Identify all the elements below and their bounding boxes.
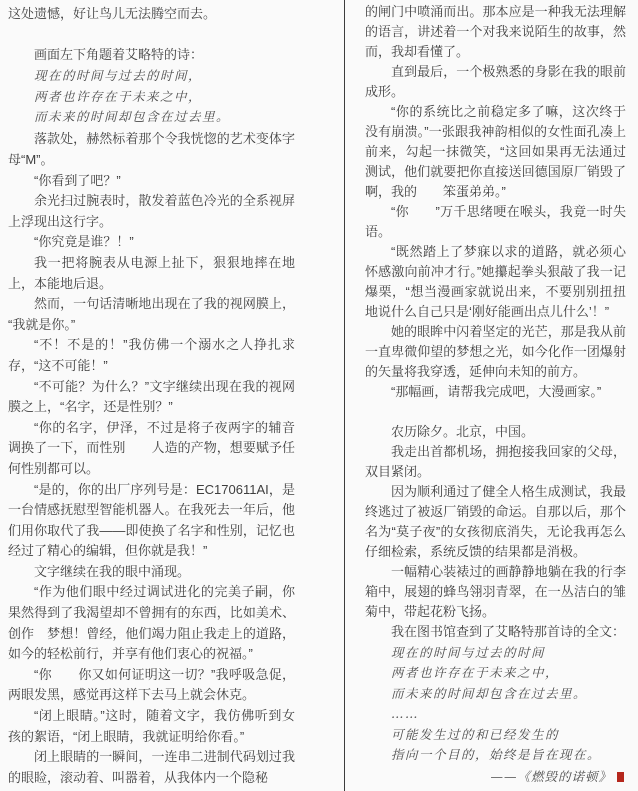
paragraph: 文字继续在我的眼中涌现。 (8, 562, 295, 583)
paragraph: “作为他们眼中经过调试进化的完美子嗣，你果然得到了我渴望却不曾拥有的东西，比如美… (8, 582, 295, 664)
paragraph: “你究竟是谁？！” (8, 232, 295, 253)
poem-line: 现在的时间与过去的时间 (391, 643, 626, 663)
paragraph: 我一把将腕表从电源上扯下，狠狠地摔在地上，本能地后退。 (8, 253, 295, 294)
paragraph: “你 ”万千思绪哽在喉头，我竟一时失语。 (365, 202, 626, 242)
paragraph: 我走出首都机场，拥抱接我回家的父母，双目紧闭。 (365, 442, 626, 482)
poem-attribution: ——《燃毁的诺顿》 (365, 767, 626, 787)
paragraph: 我在图书馆查到了艾略特那首诗的全文： (365, 622, 626, 642)
paragraph: “不可能？为什么？”文字继续出现在我的视网膜之上，“名字，还是性别？” (8, 377, 295, 418)
paragraph: “你的名字，伊泽，不过是将子夜两字的辅音调换了一下，而性别 人造的产物，想要赋予… (8, 418, 295, 480)
paragraph: “你 你又如何证明这一切？”我呼吸急促，两眼发黑，感觉再这样下去马上就会休克。 (8, 665, 295, 706)
paragraph: “你看到了吧？” (8, 171, 295, 192)
paragraph: 这处遗憾，好让鸟儿无法腾空而去。 (8, 4, 295, 25)
ebook-page[interactable]: 这处遗憾，好让鸟儿无法腾空而去。画面左下角题着艾略特的诗：现在的时间与过去的时间… (0, 0, 638, 791)
end-of-text-marker-icon (617, 772, 624, 782)
paragraph: “你的系统比之前稳定多了嘛，这次终于没有崩溃。”一张跟我神韵相似的女性面孔凑上前… (365, 102, 626, 202)
paragraph: 的闸门中喷涌而出。那本应是一种我无法理解的语言，讲述着一个对我来说陌生的故事，然… (365, 2, 626, 62)
paragraph: 因为顺利通过了健全人格生成测试，我最终逃过了被返厂销毁的命运。自那以后，那个名为… (365, 482, 626, 562)
paragraph: 落款处，赫然标着那个令我恍惚的艺术变体字母“M”。 (8, 129, 295, 170)
poem-line: 指向一个目的，始终是旨在现在。 (391, 745, 626, 765)
blank-line (365, 402, 626, 422)
text-column-right: 的闸门中喷涌而出。那本应是一种我无法理解的语言，讲述着一个对我来说陌生的故事，然… (365, 2, 626, 787)
column-divider (344, 0, 345, 791)
paragraph: 农历除夕。北京，中国。 (365, 422, 626, 442)
poem-line: 现在的时间与过去的时间， (34, 66, 295, 86)
blank-line (8, 25, 295, 45)
poem-line: 可能发生过的和已经发生的 (391, 725, 626, 745)
poem-line: 而未来的时间却包含在过去里。 (391, 684, 626, 704)
paragraph: “是的，你的出厂序列号是：EC170611AI，是一台情感抚慰型智能机器人。在我… (8, 480, 295, 562)
paragraph: 一幅精心装裱过的画静静地躺在我的行李箱中，展翅的蜂鸟翎羽青翠，在一丛洁白的雏菊中… (365, 562, 626, 622)
poem-line: …… (391, 704, 626, 724)
text-column-left: 这处遗憾，好让鸟儿无法腾空而去。画面左下角题着艾略特的诗：现在的时间与过去的时间… (8, 4, 295, 788)
paragraph: 闭上眼睛的一瞬间，一连串二进制代码划过我的眼睑，滚动着、叫嚣着，从我体内一个隐秘 (8, 747, 295, 788)
paragraph: “闭上眼睛。”这时，随着文字，我仿佛听到女孩的絮语，“闭上眼睛，我就证明给你看。… (8, 706, 295, 747)
poem-line: 两者也许存在于未来之中， (34, 87, 295, 107)
paragraph: 她的眼眸中闪着坚定的光芒，那是我从前一直卑微仰望的梦想之光，如今化作一团爆射的矢… (365, 322, 626, 382)
poem-block: 现在的时间与过去的时间两者也许存在于未来之中，而未来的时间却包含在过去里。……可… (365, 643, 626, 765)
paragraph: “不！不是的！”我仿佛一个溺水之人挣扎求存，“这不可能！” (8, 335, 295, 376)
paragraph: “那幅画，请帮我完成吧，大漫画家。” (365, 382, 626, 402)
paragraph: 画面左下角题着艾略特的诗： (8, 45, 295, 66)
attribution-text: ——《燃毁的诺顿》 (490, 769, 612, 784)
poem-line: 两者也许存在于未来之中， (391, 663, 626, 683)
paragraph: 直到最后，一个极熟悉的身影在我的眼前成形。 (365, 62, 626, 102)
paragraph: 余光扫过腕表时，散发着蓝色冷光的全系视屏上浮现出这行字。 (8, 191, 295, 232)
paragraph: 然而，一句话清晰地出现在了我的视网膜上，“我就是你。” (8, 294, 295, 335)
poem-block: 现在的时间与过去的时间，两者也许存在于未来之中，而未来的时间却包含在过去里。 (8, 66, 295, 127)
paragraph: “既然踏上了梦寐以求的道路，就必须心怀感激向前冲才行。”她攥起拳头狠敲了我一记爆… (365, 242, 626, 322)
poem-line: 而未来的时间却包含在过去里。 (34, 107, 295, 127)
